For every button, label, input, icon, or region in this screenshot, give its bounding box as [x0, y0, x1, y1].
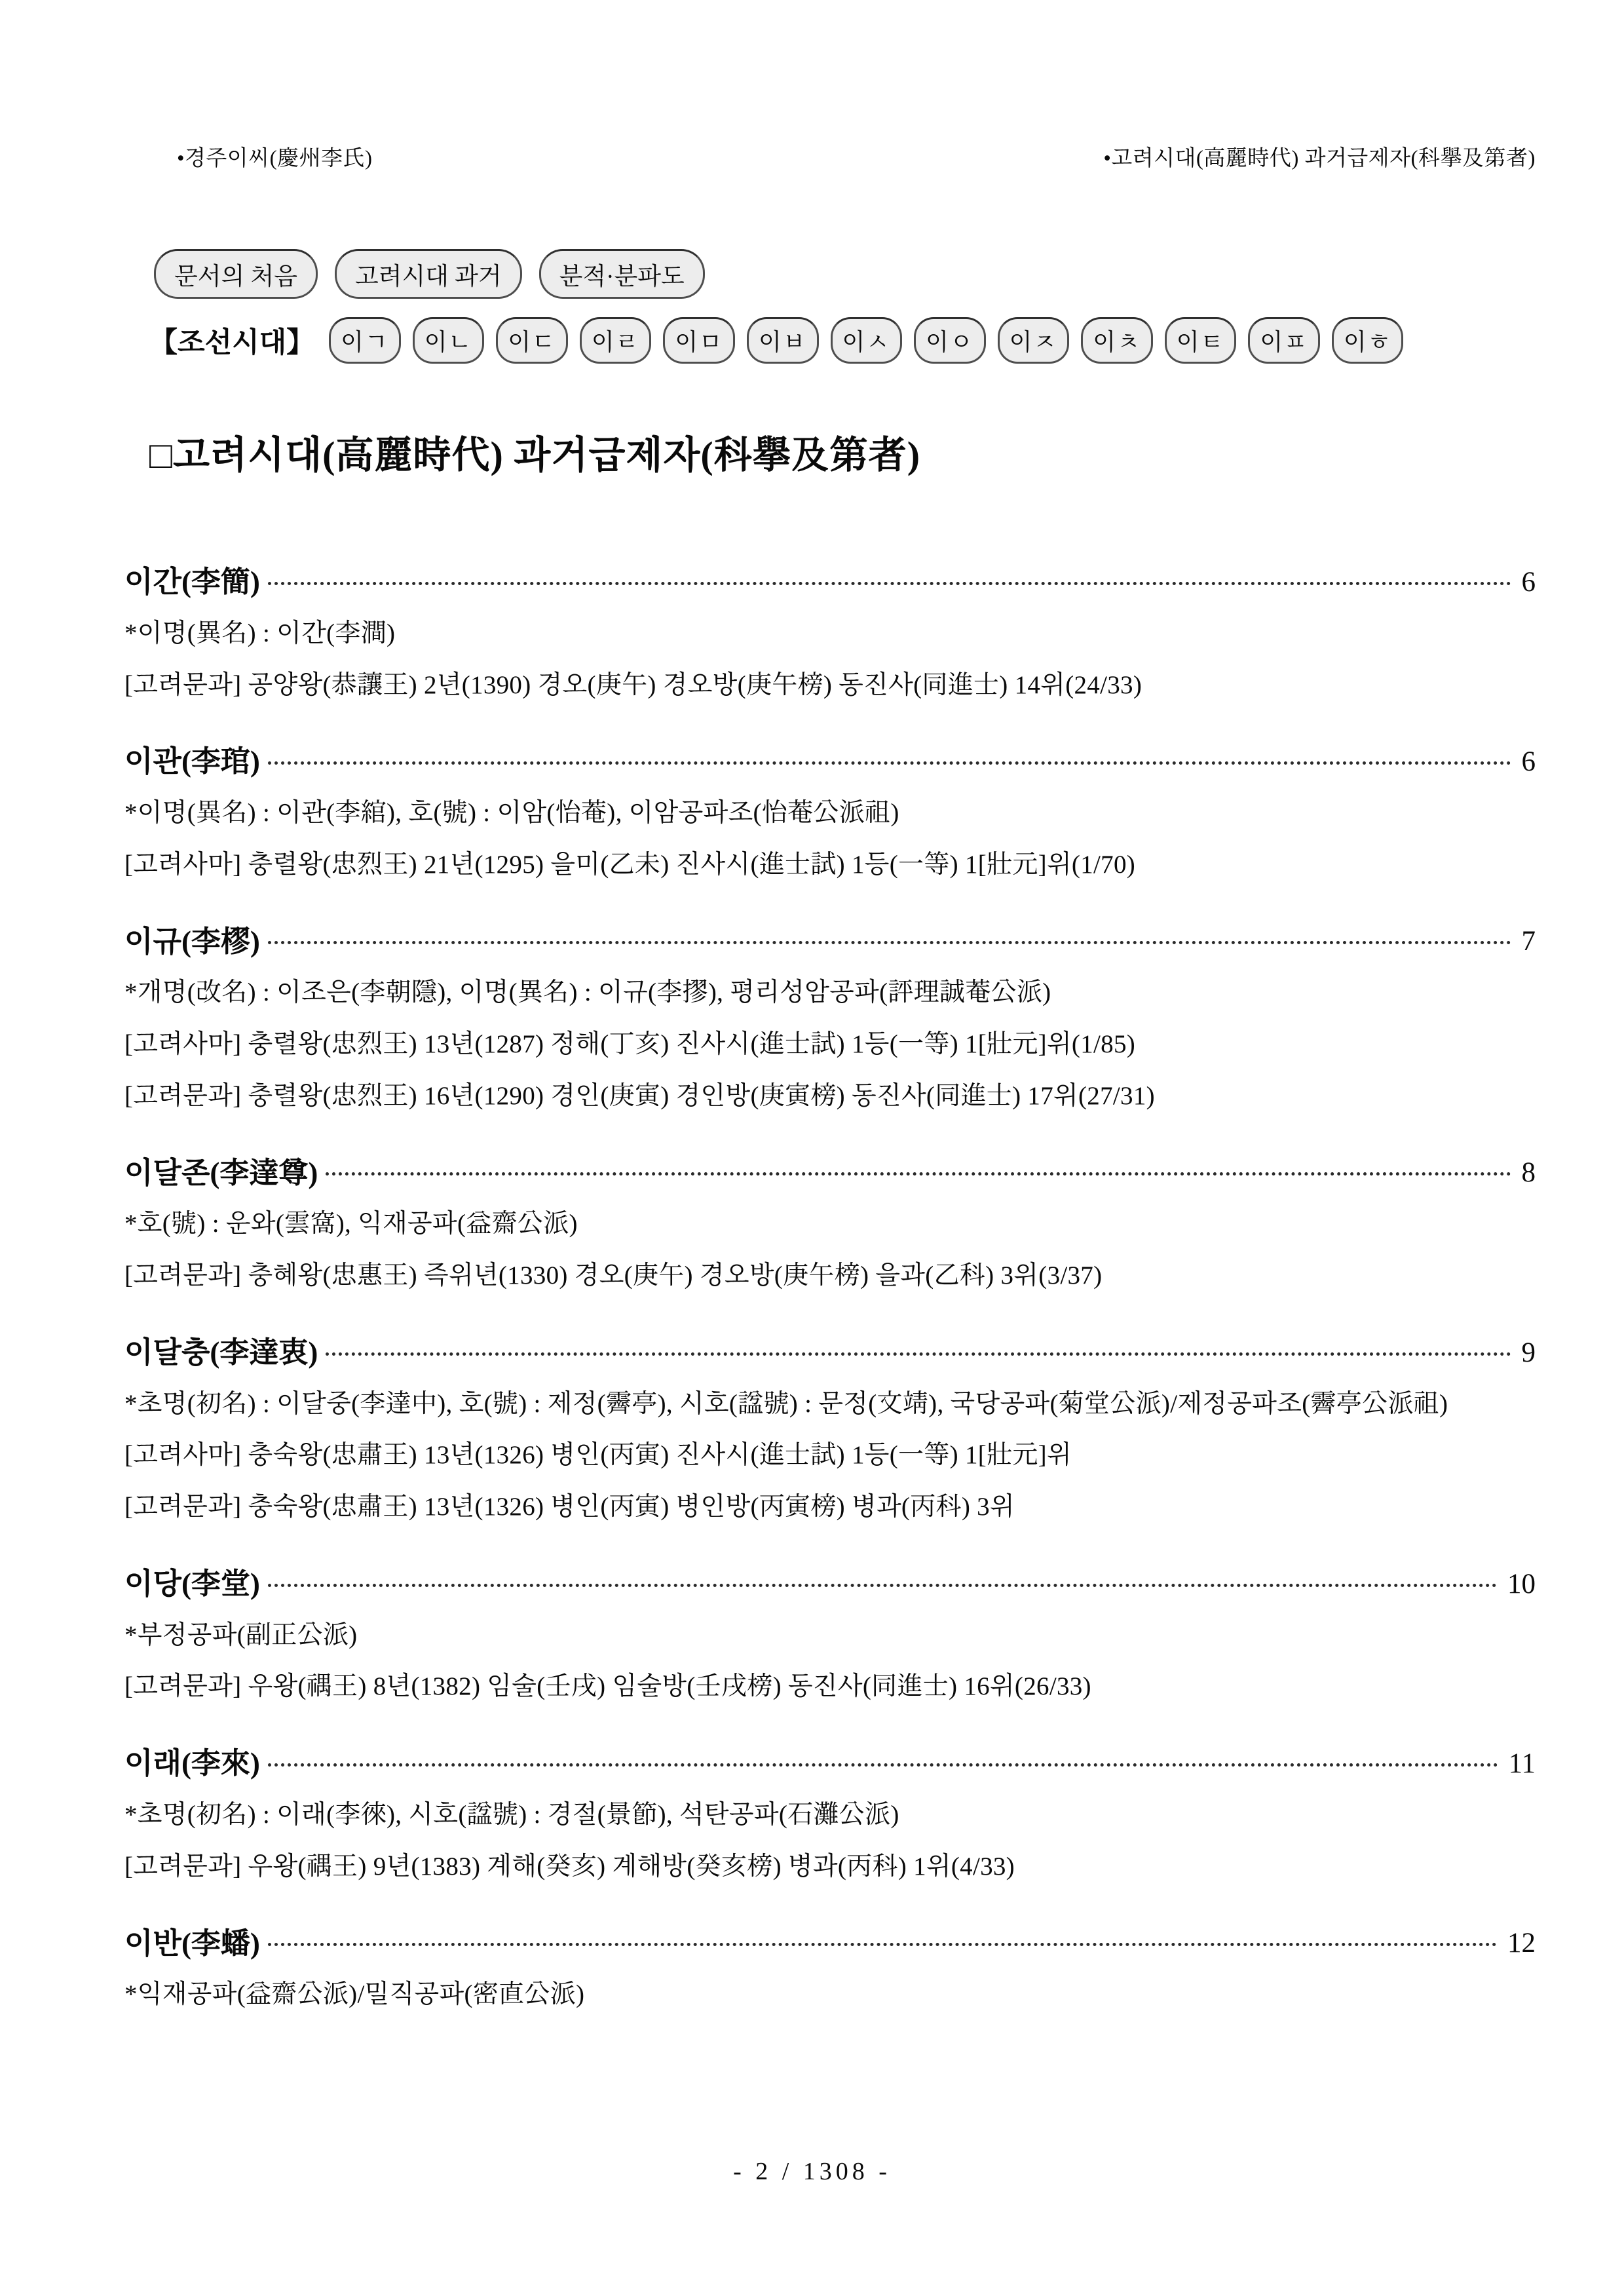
dotted-leader [268, 941, 1511, 944]
dotted-leader [268, 761, 1511, 765]
joseon-letter-button[interactable]: 이ㅅ [831, 317, 903, 364]
entry-detail-line: *이명(異名) : 이관(李綰), 호(號) : 이암(怡菴), 이암공파조(怡… [124, 788, 1536, 839]
entry-title-row: 이규(李樛)7 [124, 916, 1536, 968]
joseon-letter-buttons: 이ㄱ이ㄴ이ㄷ이ㄹ이ㅁ이ㅂ이ㅅ이ㅇ이ㅈ이ㅊ이ㅌ이ㅍ이ㅎ [329, 317, 1403, 364]
entry-detail-line: [고려문과] 충숙왕(忠肅王) 13년(1326) 병인(丙寅) 병인방(丙寅榜… [124, 1482, 1536, 1533]
entry-title-row: 이달충(李達衷)9 [124, 1327, 1536, 1379]
entry-detail-line: [고려문과] 우왕(禑王) 9년(1383) 계해(癸亥) 계해방(癸亥榜) 병… [124, 1841, 1536, 1893]
dotted-leader [326, 1172, 1511, 1176]
entry-page-number: 12 [1507, 1919, 1536, 1968]
header-section-name: •고려시대(高麗時代) 과거급제자(科擧及第者) [1103, 141, 1536, 172]
nav-button[interactable]: 분적·분파도 [539, 249, 705, 299]
dotted-leader [268, 582, 1511, 585]
header-clan-name: •경주이씨(慶州李氏) [177, 141, 373, 172]
entry-title-row: 이반(李蟠)12 [124, 1918, 1536, 1970]
page-header: •경주이씨(慶州李氏) •고려시대(高麗時代) 과거급제자(科擧及第者) [124, 141, 1536, 172]
entry-detail-line: *초명(初名) : 이래(李徠), 시호(諡號) : 경절(景節), 석탄공파(… [124, 1789, 1536, 1841]
joseon-era-label: 【조선시대】 [149, 320, 314, 360]
entry: 이간(李簡)6*이명(異名) : 이간(李澗)[고려문과] 공양왕(恭讓王) 2… [124, 556, 1536, 711]
entry: 이달충(李達衷)9*초명(初名) : 이달중(李達中), 호(號) : 제정(霽… [124, 1327, 1536, 1533]
joseon-letter-button[interactable]: 이ㅌ [1165, 317, 1237, 364]
nav-button[interactable]: 문서의 처음 [154, 249, 318, 299]
entry-detail-line: [고려문과] 충혜왕(忠惠王) 즉위년(1330) 경오(庚午) 경오방(庚午榜… [124, 1250, 1536, 1302]
entry-detail-line: *호(號) : 운와(雲窩), 익재공파(益齋公派) [124, 1198, 1536, 1250]
entry-page-number: 10 [1507, 1559, 1536, 1609]
entry-detail-line: *이명(異名) : 이간(李澗) [124, 608, 1536, 660]
entry-list: 이간(李簡)6*이명(異名) : 이간(李澗)[고려문과] 공양왕(恭讓王) 2… [124, 556, 1536, 2021]
joseon-nav-row: 【조선시대】 이ㄱ이ㄴ이ㄷ이ㄹ이ㅁ이ㅂ이ㅅ이ㅇ이ㅈ이ㅊ이ㅌ이ㅍ이ㅎ [149, 317, 1536, 364]
entry-name[interactable]: 이당(李堂) [124, 1558, 260, 1610]
document-page: •경주이씨(慶州李氏) •고려시대(高麗時代) 과거급제자(科擧及第者) 문서의… [0, 0, 1624, 2296]
entry-name[interactable]: 이반(李蟠) [124, 1918, 260, 1970]
entry-page-number: 11 [1509, 1739, 1536, 1788]
joseon-letter-button[interactable]: 이ㄴ [413, 317, 485, 364]
nav-button[interactable]: 고려시대 과거 [335, 249, 522, 299]
nav-button-row: 문서의 처음고려시대 과거분적·분파도 [154, 249, 1536, 299]
entry-detail-line: *개명(改名) : 이조은(李朝隱), 이명(異名) : 이규(李摎), 평리성… [124, 967, 1536, 1019]
joseon-letter-button[interactable]: 이ㅈ [998, 317, 1070, 364]
joseon-letter-button[interactable]: 이ㅎ [1332, 317, 1404, 364]
entry: 이규(李樛)7*개명(改名) : 이조은(李朝隱), 이명(異名) : 이규(李… [124, 916, 1536, 1122]
entry-title-row: 이관(李琯)6 [124, 736, 1536, 788]
entry-name[interactable]: 이래(李來) [124, 1738, 260, 1789]
entry-page-number: 6 [1522, 558, 1536, 607]
page-title: □고려시대(高麗時代) 과거급제자(科擧及第者) [149, 424, 1536, 479]
entry-detail-line: *익재공파(益齋公派)/밀직공파(密直公派) [124, 1969, 1536, 2021]
entry-page-number: 8 [1522, 1148, 1536, 1197]
entry-name[interactable]: 이달존(李達尊) [124, 1147, 318, 1199]
entry-detail-line: *부정공파(副正公派) [124, 1610, 1536, 1662]
entry: 이래(李來)11*초명(初名) : 이래(李徠), 시호(諡號) : 경절(景節… [124, 1738, 1536, 1892]
dotted-leader [268, 1584, 1497, 1587]
entry-page-number: 7 [1522, 917, 1536, 966]
joseon-letter-button[interactable]: 이ㄱ [329, 317, 401, 364]
entry-name[interactable]: 이관(李琯) [124, 736, 260, 788]
entry-page-number: 9 [1522, 1328, 1536, 1377]
entry-detail-line: [고려문과] 충렬왕(忠烈王) 16년(1290) 경인(庚寅) 경인방(庚寅榜… [124, 1071, 1536, 1122]
entry-detail-line: [고려사마] 충숙왕(忠肅王) 13년(1326) 병인(丙寅) 진사시(進士試… [124, 1430, 1536, 1482]
entry-detail-line: [고려사마] 충렬왕(忠烈王) 21년(1295) 을미(乙未) 진사시(進士試… [124, 839, 1536, 891]
dotted-leader [326, 1352, 1511, 1356]
entry: 이달존(李達尊)8*호(號) : 운와(雲窩), 익재공파(益齋公派)[고려문과… [124, 1147, 1536, 1302]
entry-detail-line: [고려문과] 공양왕(恭讓王) 2년(1390) 경오(庚午) 경오방(庚午榜)… [124, 660, 1536, 712]
dotted-leader [268, 1943, 1497, 1946]
entry: 이당(李堂)10*부정공파(副正公派)[고려문과] 우왕(禑王) 8년(1382… [124, 1558, 1536, 1713]
entry-name[interactable]: 이규(李樛) [124, 916, 260, 968]
joseon-letter-button[interactable]: 이ㅇ [914, 317, 986, 364]
joseon-letter-button[interactable]: 이ㅁ [663, 317, 735, 364]
joseon-letter-button[interactable]: 이ㅊ [1081, 317, 1153, 364]
entry-detail-line: [고려사마] 충렬왕(忠烈王) 13년(1287) 정해(丁亥) 진사시(進士試… [124, 1019, 1536, 1071]
joseon-letter-button[interactable]: 이ㅂ [747, 317, 819, 364]
entry-name[interactable]: 이간(李簡) [124, 556, 260, 608]
entry: 이관(李琯)6*이명(異名) : 이관(李綰), 호(號) : 이암(怡菴), … [124, 736, 1536, 890]
entry: 이반(李蟠)12*익재공파(益齋公派)/밀직공파(密直公派) [124, 1918, 1536, 2021]
entry-title-row: 이간(李簡)6 [124, 556, 1536, 608]
dotted-leader [268, 1763, 1498, 1767]
entry-detail-line: *초명(初名) : 이달중(李達中), 호(號) : 제정(霽亭), 시호(諡號… [124, 1379, 1536, 1430]
entry-page-number: 6 [1522, 737, 1536, 786]
entry-title-row: 이당(李堂)10 [124, 1558, 1536, 1610]
joseon-letter-button[interactable]: 이ㅍ [1248, 317, 1320, 364]
page-footer: - 2 / 1308 - [0, 2157, 1624, 2186]
entry-detail-line: [고려문과] 우왕(禑王) 8년(1382) 임술(壬戌) 임술방(壬戌榜) 동… [124, 1661, 1536, 1713]
entry-title-row: 이래(李來)11 [124, 1738, 1536, 1789]
joseon-letter-button[interactable]: 이ㄹ [580, 317, 652, 364]
joseon-letter-button[interactable]: 이ㄷ [496, 317, 568, 364]
entry-title-row: 이달존(李達尊)8 [124, 1147, 1536, 1199]
entry-name[interactable]: 이달충(李達衷) [124, 1327, 318, 1379]
